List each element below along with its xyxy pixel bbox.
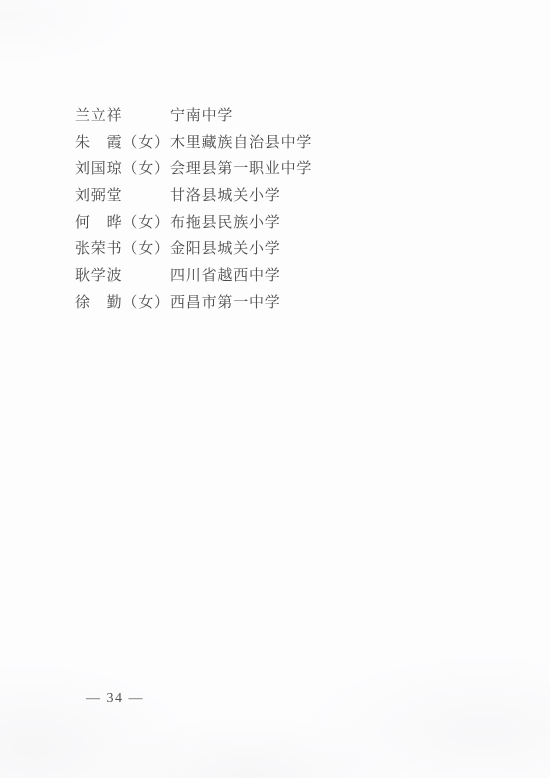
list-item: 兰立祥 宁南中学: [75, 101, 312, 128]
person-name: 徐 勤（女）: [75, 291, 170, 312]
person-name: 刘弼堂: [75, 184, 170, 205]
school-name: 金阳县城关小学: [170, 237, 281, 258]
school-name: 布拖县民族小学: [170, 211, 281, 232]
school-name: 西昌市第一中学: [170, 291, 281, 312]
person-name: 耿学波: [75, 264, 170, 285]
person-name: 张荣书（女）: [75, 237, 170, 258]
person-name: 刘国琼（女）: [75, 157, 170, 178]
document-page: 兰立祥 宁南中学 朱 霞（女） 木里藏族自治县中学 刘国琼（女） 会理县第一职业…: [0, 0, 550, 778]
school-name: 会理县第一职业中学: [170, 157, 312, 178]
page-number: — 34 —: [86, 691, 144, 707]
list-item: 张荣书（女） 金阳县城关小学: [75, 234, 312, 261]
list-item: 刘弼堂 甘洛县城关小学: [75, 181, 312, 208]
list-item: 朱 霞（女） 木里藏族自治县中学: [75, 128, 312, 155]
school-name: 木里藏族自治县中学: [170, 131, 312, 152]
name-school-roster: 兰立祥 宁南中学 朱 霞（女） 木里藏族自治县中学 刘国琼（女） 会理县第一职业…: [75, 101, 312, 315]
school-name: 宁南中学: [170, 104, 233, 125]
school-name: 甘洛县城关小学: [170, 184, 281, 205]
list-item: 耿学波 四川省越西中学: [75, 261, 312, 288]
school-name: 四川省越西中学: [170, 264, 281, 285]
person-name: 何 晔（女）: [75, 211, 170, 232]
list-item: 徐 勤（女） 西昌市第一中学: [75, 288, 312, 315]
person-name: 兰立祥: [75, 104, 170, 125]
list-item: 何 晔（女） 布拖县民族小学: [75, 208, 312, 235]
list-item: 刘国琼（女） 会理县第一职业中学: [75, 154, 312, 181]
person-name: 朱 霞（女）: [75, 131, 170, 152]
